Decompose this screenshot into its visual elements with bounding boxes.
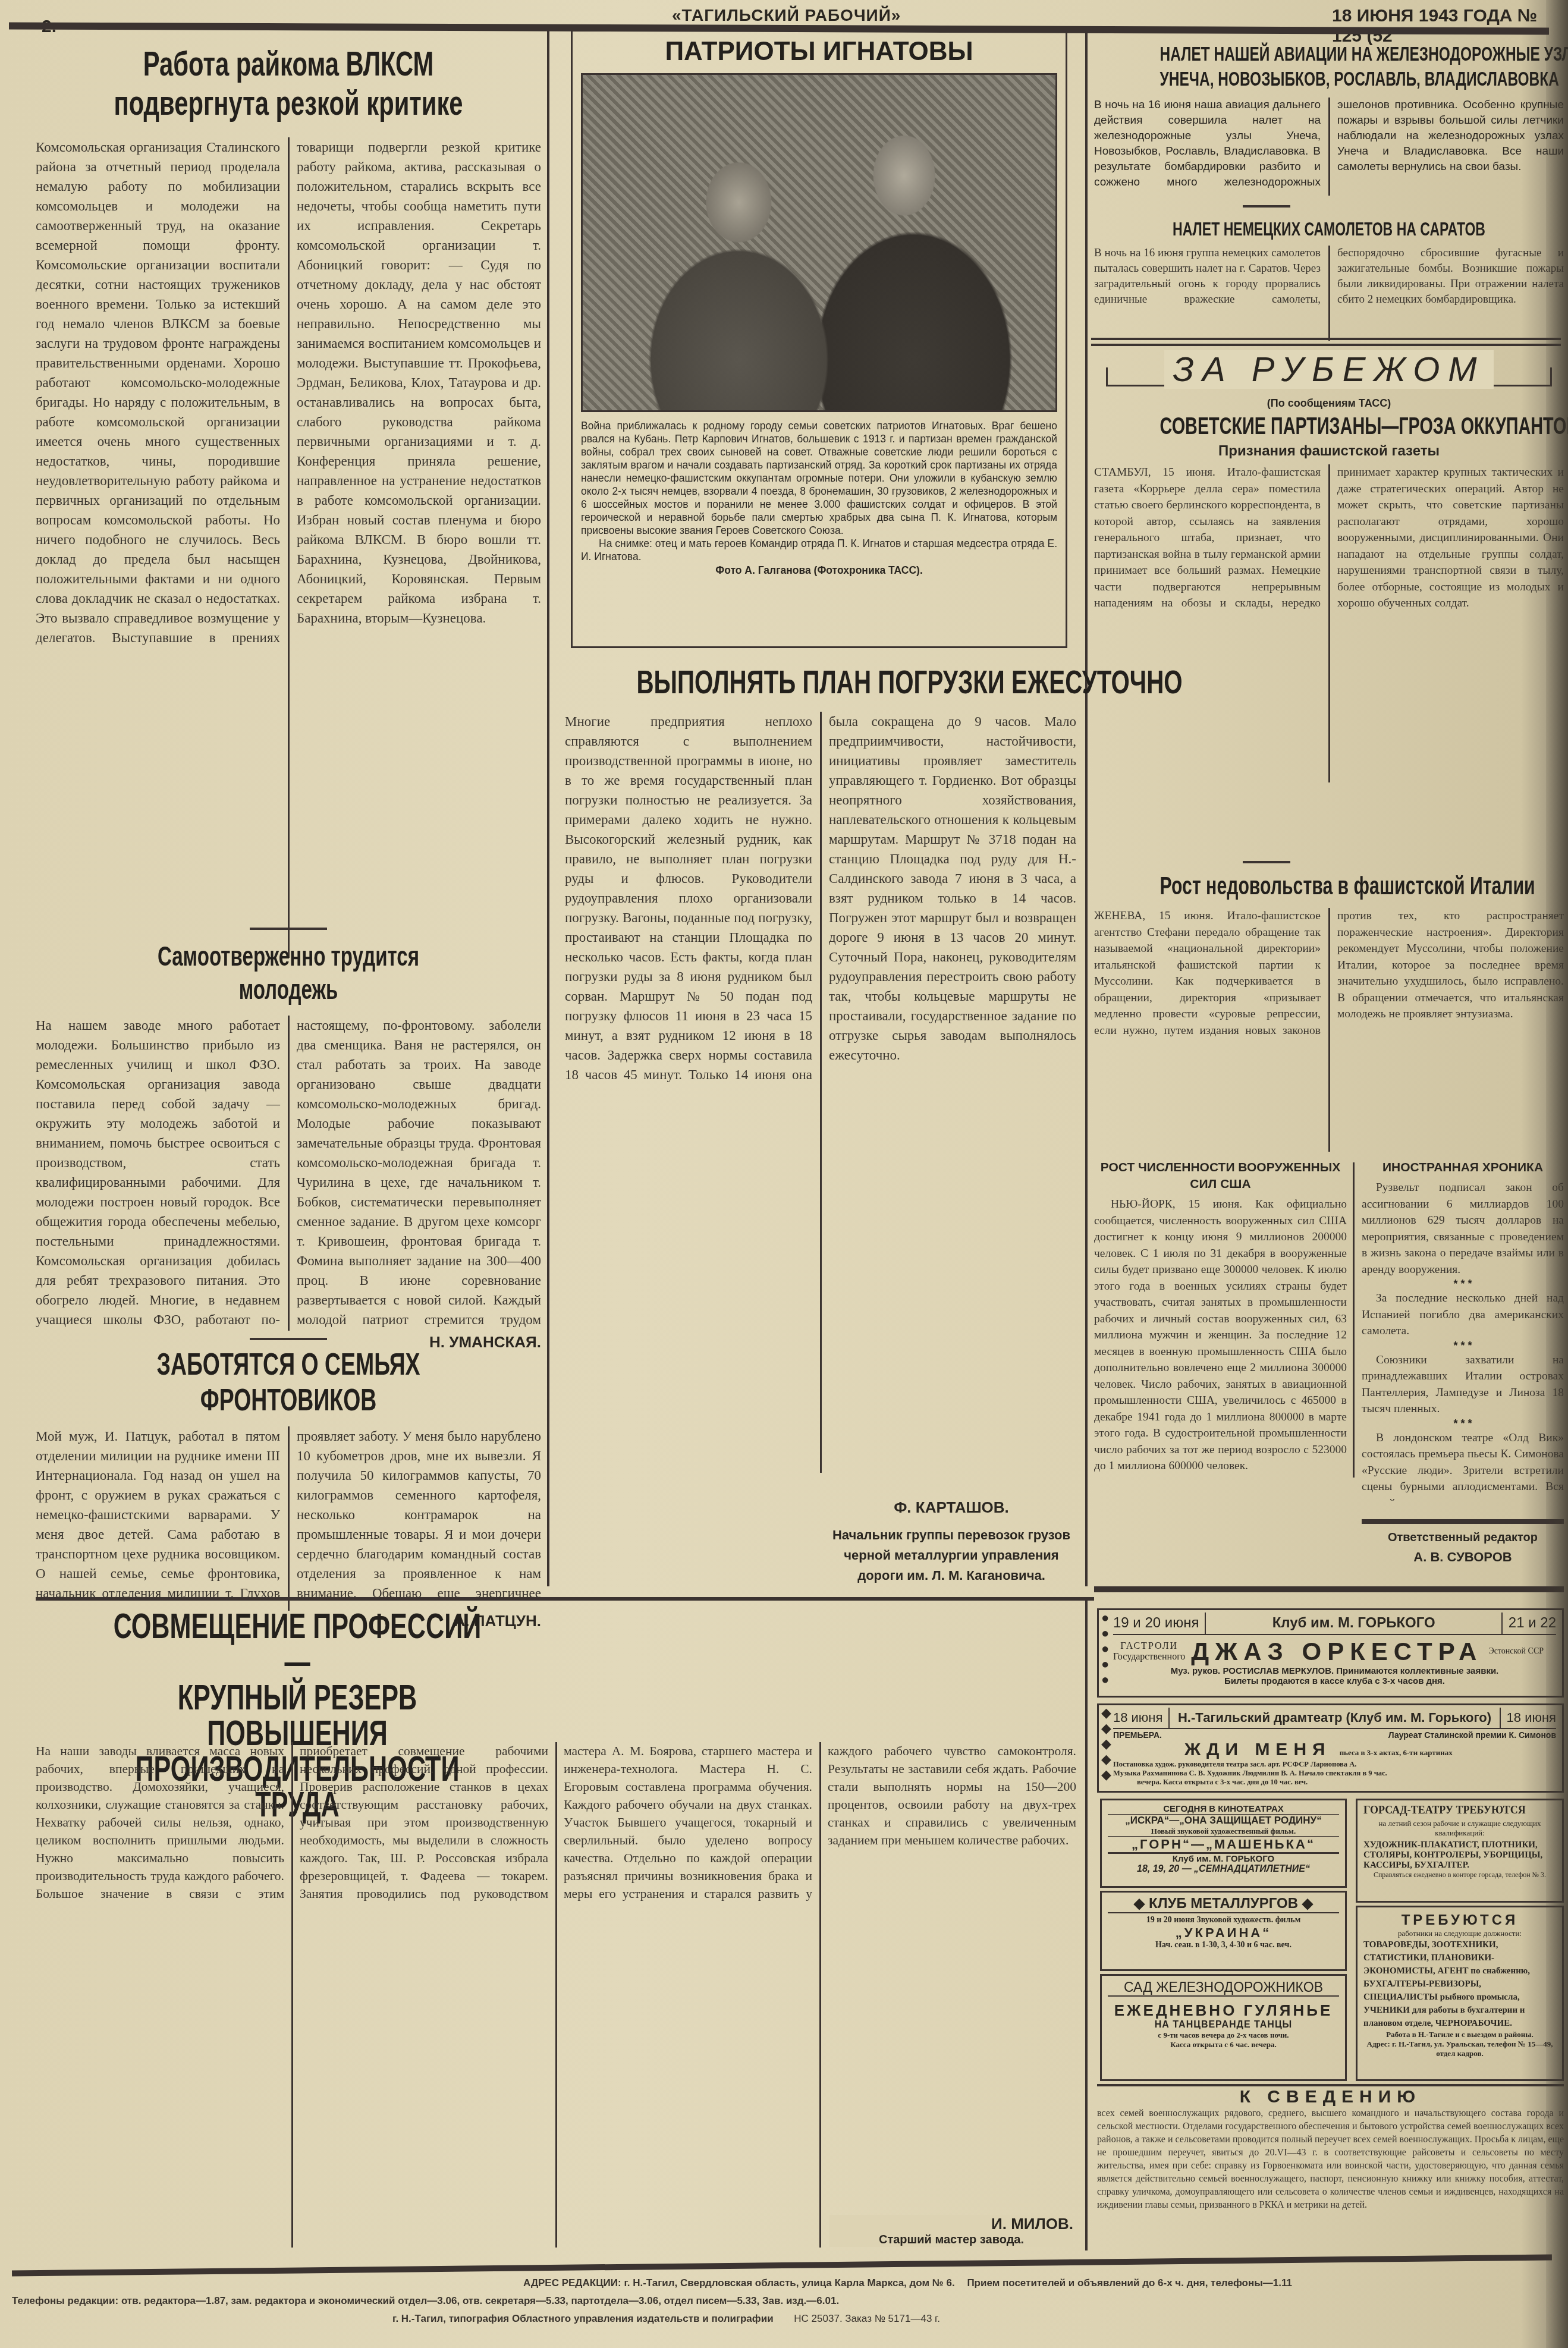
article-body: На наши заводы вливается масса новых раб… [36,1742,1076,2248]
chronicle-item: За последние несколько дней над Испанией… [1362,1290,1564,1340]
editorial-address: АДРЕС РЕДАКЦИИ: г. Н.-Тагил, Свердловска… [523,2277,955,2289]
headline: Работа райкома ВЛКСМ [106,45,470,84]
ad-drama: ◆◆◆◆◆ 18 июня Н.-Тагильский драмтеатр (К… [1097,1703,1564,1793]
section-abroad: ЗА РУБЕЖОМ (По сообщениям ТАСС) СОВЕТСКИ… [1094,351,1564,782]
article-body: Мой муж, И. Патцук, работал в пятом отде… [36,1426,541,1611]
printer-info: г. Н.-Тагил, типография Областного управ… [392,2313,774,2324]
headline: Самоотверженно трудится молодежь [106,939,470,1006]
issue-date: 18 ИЮНЯ 1943 ГОДА № 125 (52 [1332,6,1568,46]
column-divider [547,29,549,1586]
ad-sad: САД ЖЕЛЕЗНОДОРОЖНИКОВ ЕЖЕДНЕВНО ГУЛЯНЬЕ … [1100,1974,1347,2081]
headline: ВЫПОЛНЯТЬ ПЛАН ПОГРУЗКИ ЕЖЕСУТОЧНО [636,663,1004,701]
article-body: Комсомольская организация Сталинского ра… [36,137,541,958]
ornament-border: ●●●●● [1101,1610,1110,1696]
ad-trebuyutsya: ТРЕБУЮТСЯ работники на следующие должнос… [1356,1906,1564,2081]
footer-rule [12,2254,1552,2276]
divider [1243,861,1290,863]
chronicle-item: Рузвельт подписал закон об ассигновании … [1362,1180,1564,1278]
ad-header: 18 июня Н.-Тагильский драмтеатр (Клуб им… [1113,1708,1556,1729]
headline: НАЛЕТ НЕМЕЦКИХ САМОЛЕТОВ НА САРАТОВ [1160,217,1498,241]
section-rule [1091,338,1561,340]
section-title: ЗА РУБЕЖОМ [1094,351,1564,389]
section-rule [1097,2084,1564,2086]
section-rule [1091,344,1561,346]
article-raikom: Работа райкома ВЛКСМ подвергнута резкой … [36,45,541,958]
headline: Рост недовольства в фашистской Италии [1160,871,1498,901]
ad-metallurgov: ◆ КЛУБ МЕТАЛЛУРГОВ ◆ 19 и 20 июня Звуков… [1100,1891,1347,1971]
editor-block: Ответственный редактор А. В. СУВОРОВ [1362,1531,1564,1565]
article-molodezh: Самоотверженно трудится молодежь На наше… [36,939,541,1351]
article-body: Многие предприятия неплохо справляются с… [565,712,1076,1473]
newspaper-name: «ТАГИЛЬСКИЙ РАБОЧИЙ» [672,6,901,25]
article-body: В ночь на 16 июня наша авиация дальнего … [1094,98,1564,196]
newspaper-page: 2. «ТАГИЛЬСКИЙ РАБОЧИЙ» 18 ИЮНЯ 1943 ГОД… [0,0,1568,2348]
headline: РОСТ ЧИСЛЕННОСТИ ВООРУЖЕННЫХ СИЛ США [1094,1159,1347,1193]
divider [1362,1519,1564,1524]
ornament-border: ◆◆◆◆◆ [1101,1705,1110,1791]
photo-ignatovy [581,73,1057,412]
ad-cinema: СЕГОДНЯ В КИНОТЕАТРАХ „ИСКРА“—„ОНА ЗАЩИЩ… [1100,1799,1347,1888]
ad-heading: ◆ КЛУБ МЕТАЛЛУРГОВ ◆ [1108,1895,1339,1913]
ad-title: ДЖАЗ ОРКЕСТРА [1191,1637,1482,1666]
headline: НАЛЕТ НАШЕЙ АВИАЦИИ НА ЖЕЛЕЗНОДОРОЖНЫЕ У… [1160,42,1498,67]
ad-jazz: ●●●●● 19 и 20 июня Клуб им. М. ГОРЬКОГО … [1097,1608,1564,1698]
column-divider [1353,1162,1355,1478]
article-body: В ночь на 16 июня группа немецких самоле… [1094,246,1564,341]
article-usa: РОСТ ЧИСЛЕННОСТИ ВООРУЖЕННЫХ СИЛ США НЬЮ… [1094,1159,1347,1488]
article-italy: Рост недовольства в фашистской Италии ЖЕ… [1094,871,1564,1152]
article-body: НЬЮ-ЙОРК, 15 июня. Как официально сообща… [1094,1196,1347,1488]
page-edge-shadow [1546,0,1568,2348]
signature-title: Старший мастер завода. [829,2233,1073,2247]
headline: СОВМЕЩЕНИЕ ПРОФЕССИЙ— [109,1608,486,1680]
photo-credit: Фото А. Галганова (Фотохроника ТАСС). [581,564,1057,577]
column-divider [1085,29,1088,1586]
signature: Ф. КАРТАШОВ. [827,1498,1076,1517]
ad-header: 19 и 20 июня Клуб им. М. ГОРЬКОГО 21 и 2… [1113,1613,1556,1635]
headline: КРУПНЫЙ РЕЗЕРВ ПОВЫШЕНИЯ [109,1680,486,1751]
headline: СОВЕТСКИЕ ПАРТИЗАНЫ—ГРОЗА ОККУПАНТОВ [1160,412,1498,441]
editor-label: Ответственный редактор [1362,1531,1564,1545]
ad-title: ЖДИ МЕНЯ [1184,1740,1331,1760]
photo-caption-2: На снимке: отец и мать героев Командир о… [581,537,1057,563]
article-pogruzka: ВЫПОЛНЯТЬ ПЛАН ПОГРУЗКИ ЕЖЕСУТОЧНО Многи… [565,663,1076,1473]
chronicle-item: Союзники захватили на принадлежавших Ита… [1362,1352,1564,1417]
signature: И. МИЛОВ. [829,2215,1073,2233]
separator-asterisks: * * * [1362,1278,1564,1290]
headline: УНЕЧА, НОВОЗЫБКОВ, РОСЛАВЛЬ, ВЛАДИСЛАВОВ… [1160,67,1498,92]
article-body: На нашем заводе много работает молодежи.… [36,1016,541,1331]
separator-asterisks: * * * [1362,1417,1564,1430]
sovmeshchenie-signature: И. МИЛОВ. Старший мастер завода. [829,2215,1073,2247]
subheadline: Признания фашистской газеты [1094,443,1564,460]
editorial-phones: Телефоны редакции: отв. редактора—1.87, … [12,2295,1558,2307]
source-note: (По сообщениям ТАСС) [1094,397,1564,410]
article-avia: НАЛЕТ НАШЕЙ АВИАЦИИ НА ЖЕЛЕЗНОДОРОЖНЫЕ У… [1094,42,1564,196]
article-body: СТАМБУЛ, 15 июня. Итало-фашистская газет… [1094,464,1564,782]
pogruzka-signature-block: Ф. КАРТАШОВ. Начальник группы перевозок … [827,1498,1076,1586]
signature-title: Начальник группы перевозок грузов черной… [827,1525,1076,1586]
headline: ПАТРИОТЫ ИГНАТОВЫ [581,34,1057,70]
article-saratov: НАЛЕТ НЕМЕЦКИХ САМОЛЕТОВ НА САРАТОВ В но… [1094,217,1564,341]
column-divider [1085,1599,1088,2250]
article-body: ЖЕНЕВА, 15 июня. Итало-фашистское агентс… [1094,908,1564,1152]
divider [1243,205,1290,208]
editor-name: А. В. СУВОРОВ [1362,1549,1564,1565]
photo-caption: Война приближалась к родному городу семь… [581,419,1057,537]
chronicle-item: В лондонском театре «Олд Вик» состоялась… [1362,1430,1564,1501]
article-ignatovy: ПАТРИОТЫ ИГНАТОВЫ Война приближалась к р… [571,30,1067,648]
section-rule [1094,1586,1564,1592]
section-title-box: ЗА РУБЕЖОМ [1094,351,1564,394]
separator-asterisks: * * * [1362,1340,1564,1352]
headline: ЗАБОТЯТСЯ О СЕМЬЯХ ФРОНТОВИКОВ [106,1347,470,1418]
divider [250,928,327,930]
ad-gorsad: ГОРСАД-ТЕАТРУ ТРЕБУЮТСЯ на летний сезон … [1356,1799,1564,1903]
footer: АДРЕС РЕДАКЦИИ: г. Н.-Тагил, Свердловска… [12,2277,1558,2325]
ad-svedenie: К СВЕДЕНИЮ всех семей военнослужащих ряд… [1097,2087,1564,2241]
section-rule [36,1597,1094,1601]
article-semyi: ЗАБОТЯТСЯ О СЕМЬЯХ ФРОНТОВИКОВ Мой муж, … [36,1347,541,1630]
headline: ИНОСТРАННАЯ ХРОНИКА [1362,1159,1564,1176]
article-chronicle: ИНОСТРАННАЯ ХРОНИКА Рузвельт подписал за… [1362,1159,1564,1501]
headline: подвергнута резкой критике [106,84,470,123]
divider [250,1338,327,1340]
order-number: НС 25037. Заказ № 5171—43 г. [794,2313,940,2324]
visitor-hours: Прием посетителей и объявлений до 6-х ч.… [967,2277,1292,2289]
